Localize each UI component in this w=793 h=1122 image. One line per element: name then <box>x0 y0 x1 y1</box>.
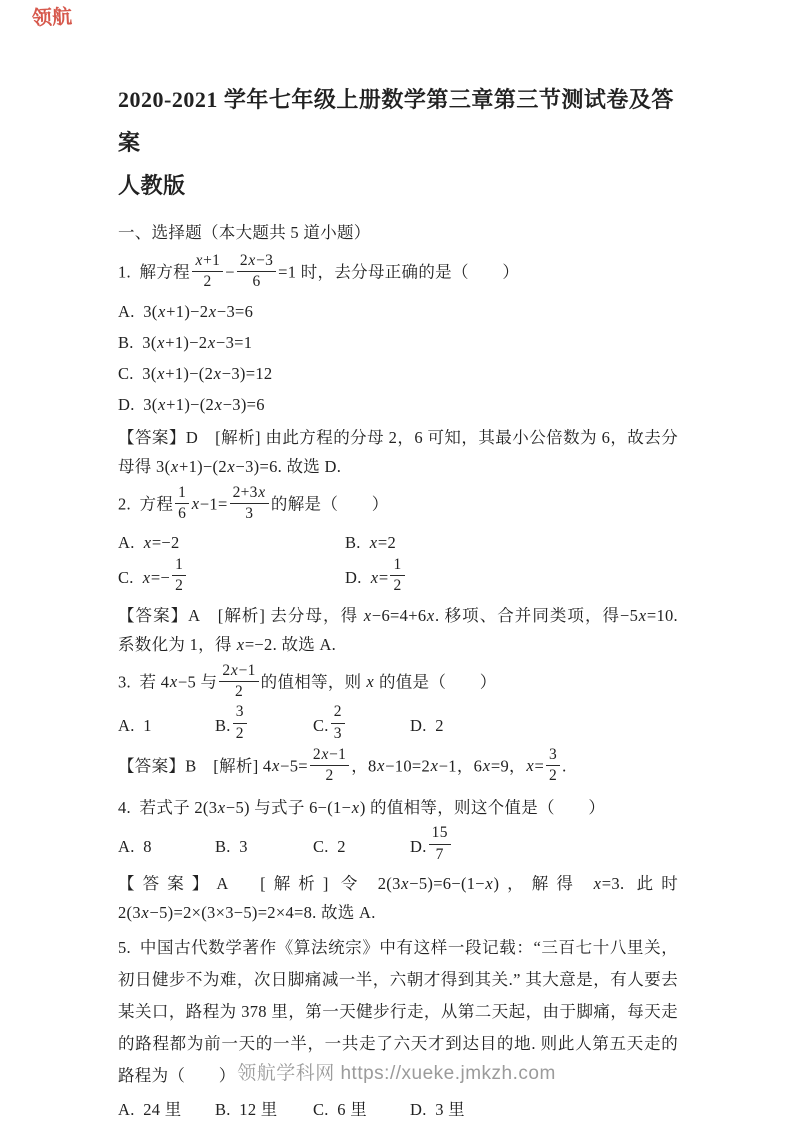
option-item: A. 8 <box>118 826 215 866</box>
fraction-numerator: 2+3x <box>230 484 269 504</box>
fraction: 12 <box>390 556 404 596</box>
options-row: A. x=−2B. x=2C. x=−12D. x=12 <box>118 527 678 598</box>
option-item: B. x=2 <box>345 527 678 558</box>
fraction-numerator: 1 <box>172 556 186 576</box>
option-item: C. 2 <box>313 826 410 866</box>
fraction-denominator: 2 <box>201 272 215 291</box>
options-row: A. 1B.32C.23D. 2 <box>118 705 678 745</box>
fraction-denominator: 6 <box>249 272 263 291</box>
question-block: 4. 若式子 2(3x−5) 与式子 6−(1−x) 的值相等，则这个值是（ ）… <box>118 792 678 927</box>
fraction-numerator: 3 <box>233 703 247 723</box>
fraction: 2x−12 <box>219 662 258 702</box>
option-item: D.157 <box>410 826 678 866</box>
option-item: C. x=−12 <box>118 558 345 598</box>
question-block: 1. 解方程x+12−2x−36=1 时，去分母正确的是（ ）A. 3(x+1)… <box>118 254 678 481</box>
options-row: A. 8B. 3C. 2D.157 <box>118 826 678 866</box>
fraction-numerator: 1 <box>390 556 404 576</box>
fraction: 12 <box>172 556 186 596</box>
fraction: x+12 <box>192 252 223 292</box>
fraction-denominator: 7 <box>433 845 447 864</box>
option-item: D. x=12 <box>345 558 678 598</box>
fraction-denominator: 6 <box>175 504 189 523</box>
question-block: 3. 若 4x−5 与2x−12的值相等，则 x 的值是（ ）A. 1B.32C… <box>118 664 678 788</box>
option-item: A. 3(x+1)−2x−3=6 <box>118 296 678 327</box>
fraction-denominator: 2 <box>546 766 560 785</box>
option-item: C.23 <box>313 705 410 745</box>
option-item: A. 24 里 <box>118 1094 215 1122</box>
question-stem: 4. 若式子 2(3x−5) 与式子 6−(1−x) 的值相等，则这个值是（ ） <box>118 792 678 824</box>
fraction: 32 <box>546 746 560 786</box>
answer-text: 【答案】D [解析] 由此方程的分母 2，6 可知，其最小公倍数为 6，故去分母… <box>118 423 678 481</box>
option-item: B. 3 <box>215 826 313 866</box>
question-block: 2. 方程16x−1=2+3x3的解是（ ）A. x=−2B. x=2C. x=… <box>118 486 678 659</box>
document-title: 2020-2021 学年七年级上册数学第三章第三节测试卷及答案 <box>118 78 678 164</box>
fraction: 2+3x3 <box>230 484 269 524</box>
question-stem: 1. 解方程x+12−2x−36=1 时，去分母正确的是（ ） <box>118 254 678 294</box>
fraction-denominator: 3 <box>331 724 345 743</box>
fraction-denominator: 2 <box>390 576 404 595</box>
fraction-denominator: 2 <box>233 724 247 743</box>
fraction-numerator: 2 <box>331 703 345 723</box>
fraction-numerator: 1 <box>175 484 189 504</box>
fraction: 2x−36 <box>237 252 276 292</box>
option-item: B. 3(x+1)−2x−3=1 <box>118 327 678 358</box>
footer-watermark: 领航学科网 https://xueke.jmkzh.com <box>0 1058 793 1085</box>
fraction: 23 <box>331 703 345 743</box>
site-logo-stamp: 领航 <box>31 5 72 31</box>
option-item: A. x=−2 <box>118 527 345 558</box>
answer-text: 【答案】A [解析] 令 2(3x−5)=6−(1−x)，解得 x=3. 此时 … <box>118 869 678 927</box>
options-row: A. 3(x+1)−2x−3=6B. 3(x+1)−2x−3=1C. 3(x+1… <box>118 296 678 420</box>
answer-text: 【答案】A [解析] 去分母，得 x−6=4+6x. 移项、合并同类项，得−5x… <box>118 601 678 659</box>
document-subtitle: 人教版 <box>118 164 678 207</box>
question-block: 5. 中国古代数学著作《算法统宗》中有这样一段记载：“三百七十八里关，初日健步不… <box>118 932 678 1122</box>
fraction-numerator: 2x−3 <box>237 252 276 272</box>
fraction-numerator: 2x−1 <box>219 662 258 682</box>
question-stem: 3. 若 4x−5 与2x−12的值相等，则 x 的值是（ ） <box>118 664 678 704</box>
option-item: D. 3 里 <box>410 1094 678 1122</box>
questions: 1. 解方程x+12−2x−36=1 时，去分母正确的是（ ）A. 3(x+1)… <box>118 254 678 1122</box>
question-stem: 2. 方程16x−1=2+3x3的解是（ ） <box>118 486 678 526</box>
option-item: C. 6 里 <box>313 1094 410 1122</box>
option-item: B.32 <box>215 705 313 745</box>
fraction-numerator: 2x−1 <box>310 746 349 766</box>
fraction-denominator: 2 <box>232 682 246 701</box>
page-container: 领航 2020-2021 学年七年级上册数学第三章第三节测试卷及答案 人教版 一… <box>0 0 793 1122</box>
fraction-denominator: 2 <box>323 766 337 785</box>
document-content: 2020-2021 学年七年级上册数学第三章第三节测试卷及答案 人教版 一、选择… <box>118 78 678 1122</box>
option-item: D. 3(x+1)−(2x−3)=6 <box>118 389 678 420</box>
fraction-numerator: 3 <box>546 746 560 766</box>
fraction-numerator: 15 <box>429 824 451 844</box>
fraction: 32 <box>233 703 247 743</box>
fraction-denominator: 2 <box>172 576 186 595</box>
fraction: 2x−12 <box>310 746 349 786</box>
options-row: A. 24 里B. 12 里C. 6 里D. 3 里 <box>118 1094 678 1122</box>
answer-text: 【答案】B [解析] 4x−5=2x−12，8x−10=2x−1，6x=9，x=… <box>118 748 678 788</box>
option-item: C. 3(x+1)−(2x−3)=12 <box>118 358 678 389</box>
option-item: B. 12 里 <box>215 1094 313 1122</box>
fraction: 16 <box>175 484 189 524</box>
section-header: 一、选择题（本大题共 5 道小题） <box>118 217 678 249</box>
fraction-numerator: x+1 <box>192 252 223 272</box>
fraction-denominator: 3 <box>242 504 256 523</box>
fraction: 157 <box>429 824 451 864</box>
option-item: D. 2 <box>410 705 678 745</box>
option-item: A. 1 <box>118 705 215 745</box>
